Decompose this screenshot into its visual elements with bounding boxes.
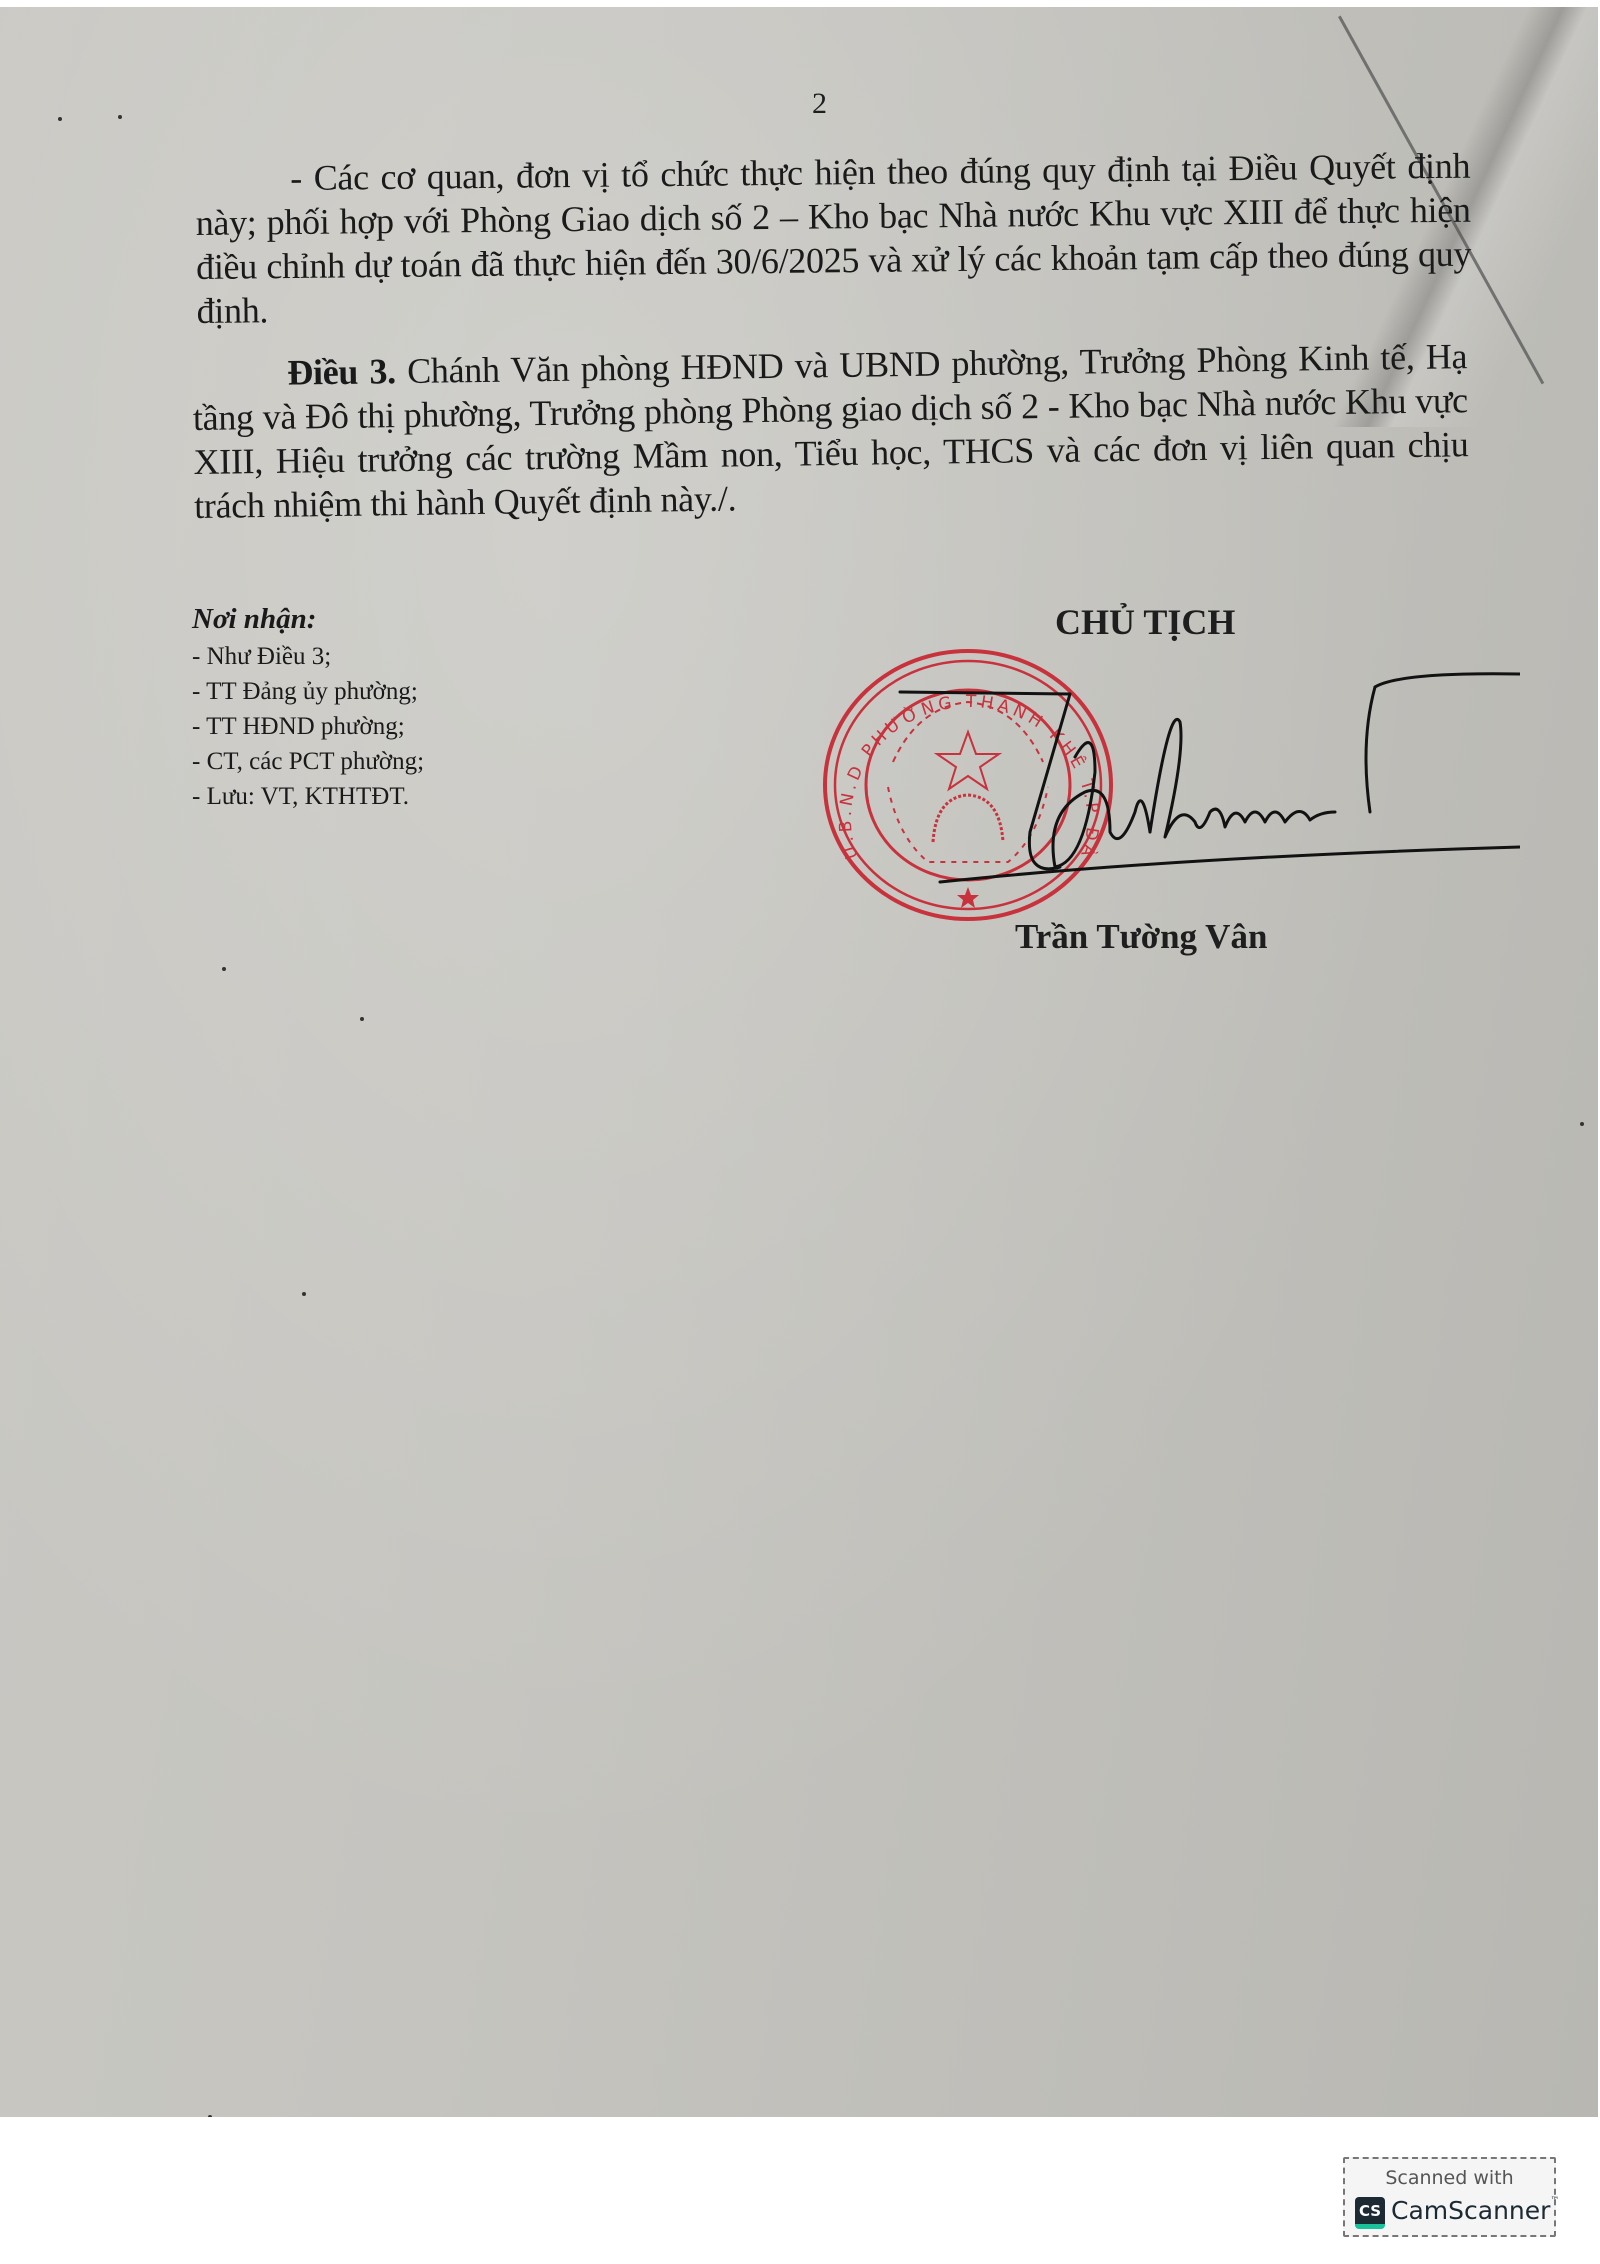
paragraph-agencies: - Các cơ quan, đơn vị tổ chức thực hiện … bbox=[195, 144, 1472, 333]
recipient-item: - Lưu: VT, KTHTĐT. bbox=[192, 779, 424, 814]
recipient-item: - TT HĐND phường; bbox=[192, 709, 424, 744]
page-number: 2 bbox=[812, 87, 827, 121]
paper-speck bbox=[118, 115, 122, 119]
paper-speck bbox=[58, 117, 62, 121]
watermark-brand: CamScanner™ bbox=[1391, 2196, 1559, 2225]
paper-speck bbox=[222, 967, 226, 971]
recipient-item: - Như Điều 3; bbox=[192, 639, 424, 674]
watermark-caption: Scanned with bbox=[1345, 2167, 1554, 2189]
recipient-item: - TT Đảng ủy phường; bbox=[192, 674, 424, 709]
camscanner-watermark: Scanned with CS CamScanner™ bbox=[1343, 2157, 1556, 2237]
article-3: Điều 3. Chánh Văn phòng HĐND và UBND phư… bbox=[192, 334, 1469, 528]
document-photo: 2 - Các cơ quan, đơn vị tổ chức thực hiệ… bbox=[0, 7, 1598, 2117]
watermark-brand-text: CamScanner bbox=[1391, 2196, 1550, 2225]
paper-speck bbox=[360, 1017, 364, 1021]
paragraph-agencies-text: - Các cơ quan, đơn vị tổ chức thực hiện … bbox=[195, 146, 1471, 331]
camscanner-logo-icon: CS bbox=[1355, 2197, 1385, 2229]
recipient-item: - CT, các PCT phường; bbox=[192, 744, 424, 779]
paper-speck bbox=[1580, 1122, 1584, 1126]
recipients-block: Nơi nhận: - Như Điều 3; - TT Đảng ủy phư… bbox=[192, 602, 424, 814]
paper-speck bbox=[208, 2115, 212, 2117]
recipients-heading: Nơi nhận: bbox=[192, 602, 424, 637]
handwritten-signature-icon bbox=[880, 662, 1520, 902]
paper-speck bbox=[302, 1292, 306, 1296]
article-3-label: Điều 3. bbox=[287, 351, 396, 393]
trademark-symbol: ™ bbox=[1550, 2196, 1559, 2206]
signer-name: Trần Tường Vân bbox=[1015, 917, 1267, 957]
